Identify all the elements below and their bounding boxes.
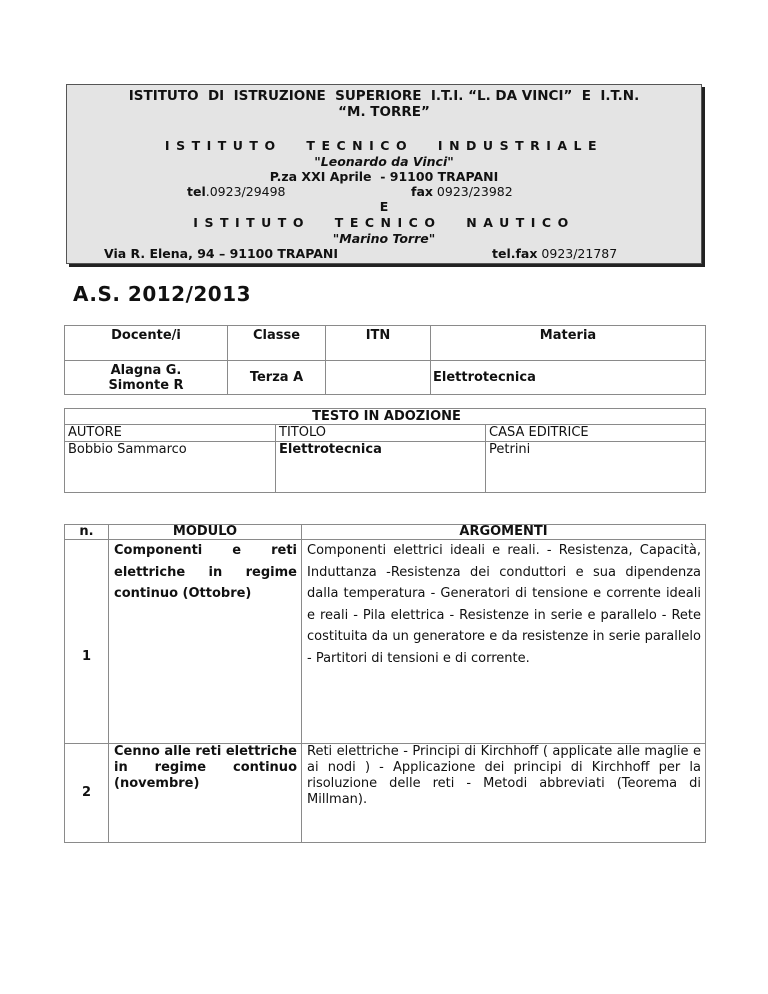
textbook-table-header-row: AUTORE TITOLO CASA EDITRICE	[65, 425, 706, 442]
textbook-table: TESTO IN ADOZIONE AUTORE TITOLO CASA EDI…	[64, 408, 706, 493]
header-titolo: TITOLO	[276, 425, 486, 442]
iti-type: ISTITUTO TECNICO INDUSTRIALE	[67, 138, 701, 153]
school-year-heading: A.S. 2012/2013	[73, 282, 251, 306]
header-materia: Materia	[431, 326, 706, 361]
iti-address: P.za XXI Aprile - 91100 TRAPANI	[67, 169, 701, 184]
table-row: Bobbio Sammarco Elettrotecnica Petrini	[65, 442, 706, 493]
modules-table: n. MODULO ARGOMENTI 1 Componenti e reti …	[64, 524, 706, 843]
header-title-line1: ISTITUTO DI ISTRUZIONE SUPERIORE I.T.I. …	[67, 89, 701, 104]
itn-telfax-value: 0923/21787	[537, 246, 617, 261]
teachers-table-header-row: Docente/i Classe ITN Materia	[65, 326, 706, 361]
textbook-table-title: TESTO IN ADOZIONE	[65, 409, 706, 425]
header-n: n.	[65, 525, 109, 540]
modules-table-header-row: n. MODULO ARGOMENTI	[65, 525, 706, 540]
iti-fax-value: 0923/23982	[433, 184, 513, 199]
iti-fax-label: fax	[411, 184, 433, 199]
cell-casa-editrice: Petrini	[486, 442, 706, 493]
cell-titolo: Elettrotecnica	[276, 442, 486, 493]
header-classe: Classe	[228, 326, 326, 361]
module-title: Cenno alle reti elettriche in regime con…	[109, 744, 302, 843]
cell-autore: Bobbio Sammarco	[65, 442, 276, 493]
header-conjunction: E	[67, 199, 701, 214]
itn-name: "Marino Torre"	[67, 231, 701, 246]
module-topics: Reti elettriche - Principi di Kirchhoff …	[302, 744, 706, 843]
module-title: Componenti e reti elettriche in regime c…	[109, 540, 302, 744]
module-number: 2	[65, 744, 109, 843]
module-topics: Componenti elettrici ideali e reali. - R…	[302, 540, 706, 744]
table-row: Alagna G. Simonte R Terza A Elettrotecni…	[65, 361, 706, 395]
table-row: 2 Cenno alle reti elettriche in regime c…	[65, 744, 706, 843]
module-number: 1	[65, 540, 109, 744]
cell-materia: Elettrotecnica	[431, 361, 706, 395]
itn-telfax-label: tel.fax	[492, 246, 537, 261]
header-title-line2: “M. TORRE”	[67, 105, 701, 120]
itn-type: ISTITUTO TECNICO NAUTICO	[67, 215, 701, 230]
cell-itn	[326, 361, 431, 395]
header-docenti: Docente/i	[65, 326, 228, 361]
docente-1: Alagna G.	[65, 363, 227, 378]
textbook-table-title-row: TESTO IN ADOZIONE	[65, 409, 706, 425]
table-row: 1 Componenti e reti elettriche in regime…	[65, 540, 706, 744]
iti-fax: fax 0923/23982	[411, 184, 513, 199]
school-header-box: ISTITUTO DI ISTRUZIONE SUPERIORE I.T.I. …	[66, 84, 702, 264]
iti-name: "Leonardo da Vinci"	[67, 154, 701, 169]
header-modulo: MODULO	[109, 525, 302, 540]
header-autore: AUTORE	[65, 425, 276, 442]
iti-tel-value: .0923/29498	[206, 184, 286, 199]
header-itn: ITN	[326, 326, 431, 361]
cell-docenti: Alagna G. Simonte R	[65, 361, 228, 395]
itn-telfax: tel.fax 0923/21787	[492, 246, 617, 261]
iti-tel: tel.0923/29498	[187, 184, 286, 199]
header-argomenti: ARGOMENTI	[302, 525, 706, 540]
docente-2: Simonte R	[65, 378, 227, 393]
itn-address: Via R. Elena, 94 – 91100 TRAPANI	[104, 246, 338, 261]
iti-tel-label: tel	[187, 184, 206, 199]
cell-classe: Terza A	[228, 361, 326, 395]
header-casa-editrice: CASA EDITRICE	[486, 425, 706, 442]
teachers-table: Docente/i Classe ITN Materia Alagna G. S…	[64, 325, 706, 395]
